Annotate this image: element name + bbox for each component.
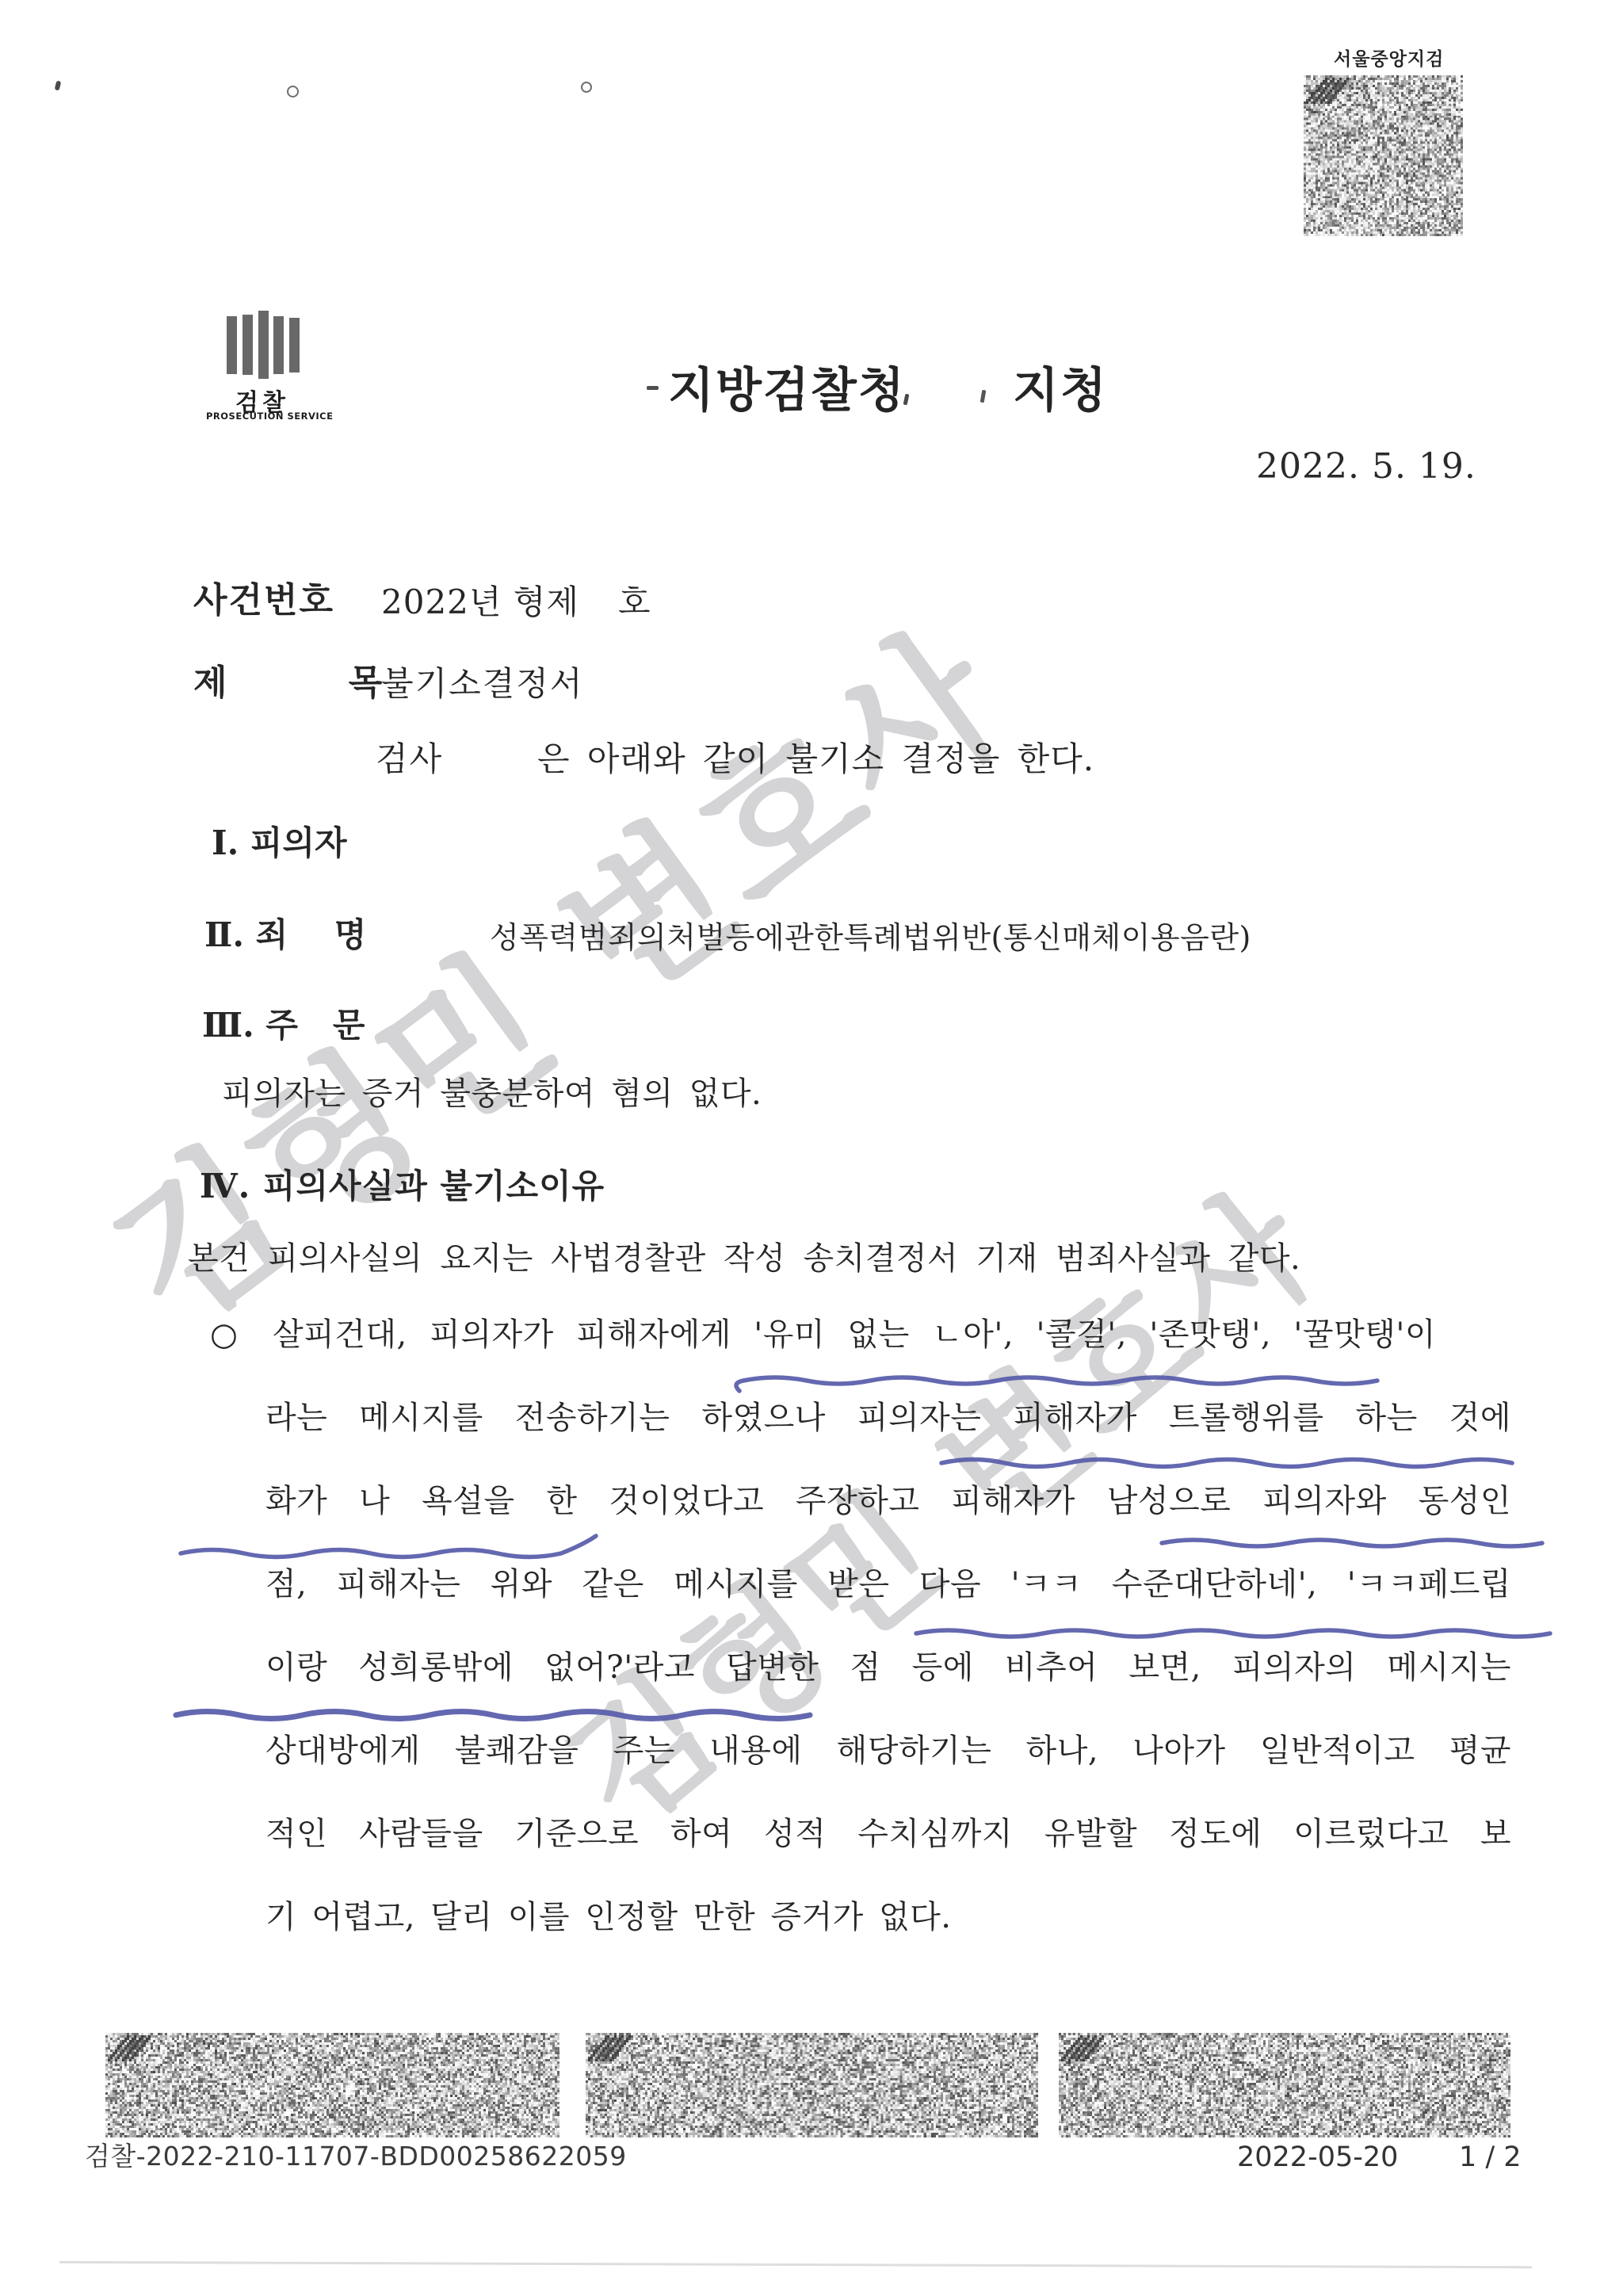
decision-statement: 은 아래와 같이 불기소 결정을 한다. <box>537 740 1094 778</box>
redaction-noise-block <box>586 2033 1038 2137</box>
body-line: 이랑 성희롱밖에 없어?'라고 답변한 점 등에 비추어 보면, 피의자의 메시… <box>265 1648 1511 1687</box>
body-line: ○ 살피건대, 피의자가 피해자에게 '유미 없는 ㄴ아', '콜걸', '존맛… <box>210 1316 1436 1354</box>
footer-page-number: 1 / 2 <box>1459 2141 1522 2173</box>
prosecutor-label: 검사 <box>376 740 443 778</box>
scan-artifact <box>287 86 299 97</box>
scan-artifact <box>581 82 592 93</box>
body-line: 화가 나 욕설을 한 것이었다고 주장하고 피해자가 남성으로 피의자와 동성인 <box>265 1482 1511 1520</box>
wavy-underline <box>736 1377 1377 1391</box>
body-line: 점, 피해자는 위와 같은 메시지를 받은 다음 'ㅋㅋ 수준대단하네', 'ㅋ… <box>265 1565 1511 1603</box>
case-number-value: 2022년 형제 <box>381 583 579 621</box>
stamp-office-label: 서울중앙지검 <box>1334 44 1444 71</box>
scan-artifact <box>55 80 62 90</box>
section-2-heading: Ⅱ. 죄 명 <box>204 916 366 954</box>
case-number-suffix: 호 <box>618 583 651 621</box>
scanned-document-page: 김형민 변호사 김형민 변호사 서울중앙지검 검찰 PROSECUTION SE… <box>0 0 1623 2296</box>
scan-artifact <box>647 386 659 390</box>
section-3-heading: Ⅲ. 주 문 <box>202 1007 365 1045</box>
footer-document-id: 검찰-2022-210-11707-BDD00258622059 <box>85 2141 627 2172</box>
office-title-left: 지방검찰청 <box>668 353 906 421</box>
office-title-right: 지청 <box>1013 353 1108 421</box>
case-number-label: 사건번호 <box>193 581 334 621</box>
section-4-heading: Ⅳ. 피의사실과 불기소이유 <box>200 1167 605 1205</box>
wavy-underline <box>181 1536 596 1557</box>
redaction-noise-block <box>1059 2033 1510 2137</box>
body-line: 라는 메시지를 전송하기는 하였으나 피의자는 피해자가 트롤행위를 하는 것에 <box>265 1399 1511 1437</box>
wavy-underline <box>176 1712 810 1719</box>
scan-artifact <box>59 2261 1532 2268</box>
disposition-text: 피의자는 증거 불충분하여 혐의 없다. <box>222 1075 762 1112</box>
body-line: 기 어렵고, 달리 이를 인정할 만한 증거가 없다. <box>265 1898 1511 1936</box>
prosecution-service-logo-icon <box>227 310 300 380</box>
wavy-underline <box>941 1460 1512 1467</box>
body-line: 상대방에게 불쾌감을 주는 내용에 해당하기는 하나, 나아가 일반적이고 평균 <box>265 1732 1511 1770</box>
wavy-underline <box>1162 1540 1542 1546</box>
redaction-noise-stamp <box>1304 75 1463 236</box>
charge-name: 성폭력범죄의처벌등에관한특례법위반(통신매체이용음란) <box>490 921 1251 956</box>
body-line: 적인 사람들을 기준으로 하여 성적 수치심까지 유발할 정도에 이르렀다고 보 <box>265 1815 1511 1853</box>
footer-print-date: 2022-05-20 <box>1237 2141 1398 2173</box>
document-date: 2022. 5. 19. <box>1256 446 1476 487</box>
subject-value: 불기소결정서 <box>381 665 583 703</box>
wavy-underline <box>916 1630 1550 1637</box>
facts-intro: 본건 피의사실의 요지는 사법경찰관 작성 송치결정서 기재 범죄사실과 같다. <box>188 1240 1300 1277</box>
section-1-heading: Ⅰ. 피의자 <box>212 824 347 862</box>
scan-artifact <box>980 390 987 403</box>
subject-label: 제 목 <box>193 663 382 704</box>
logo-english-label: PROSECUTION SERVICE <box>206 411 333 422</box>
redaction-noise-block <box>105 2033 559 2137</box>
